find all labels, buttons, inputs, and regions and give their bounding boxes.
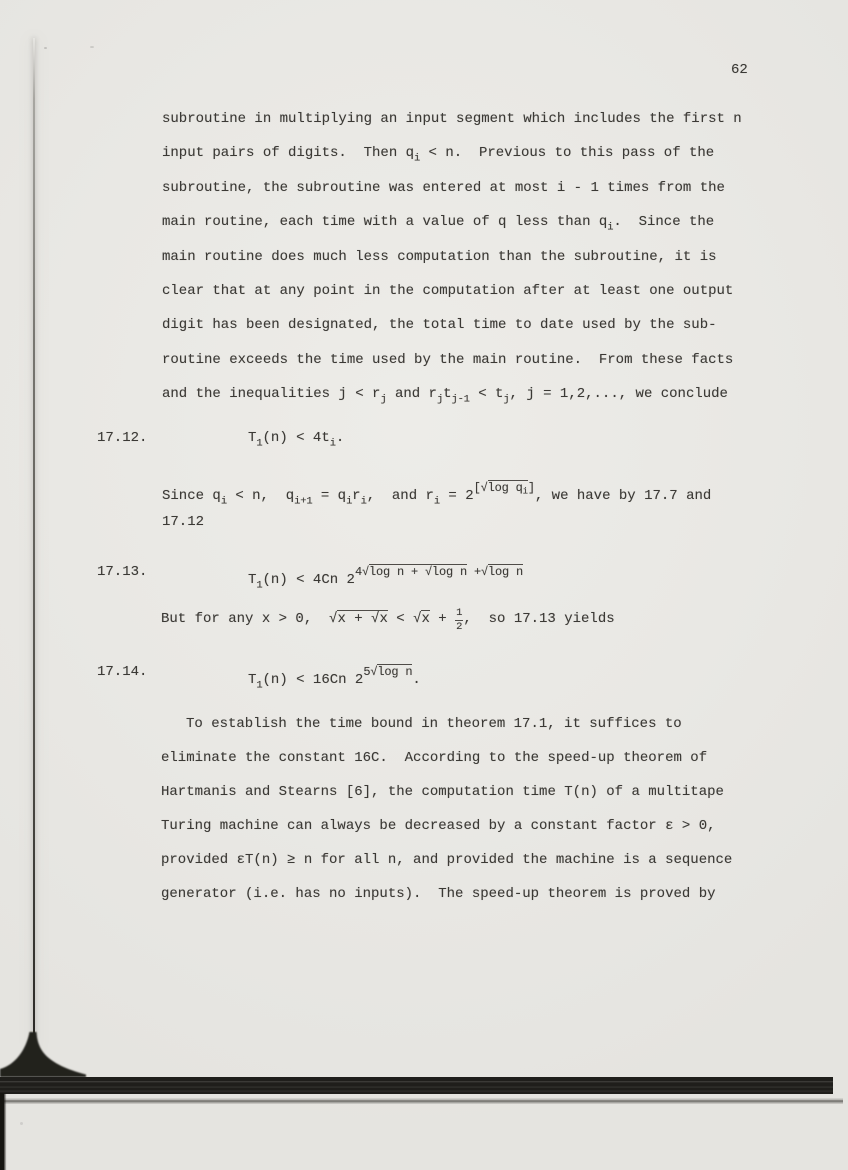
text-line: subroutine in multiplying an input segme…: [162, 109, 742, 129]
text-line: main routine, each time with a value of …: [162, 212, 714, 238]
scan-left-strip: [0, 1093, 5, 1170]
scan-funnel: [0, 1032, 86, 1077]
text-line: 17.12.: [97, 428, 147, 448]
text-line: Since qi < n, qi+1 = qiri, and ri = 2[√l…: [162, 478, 711, 512]
text-line: T1(n) < 16Cn 25√log n.: [248, 662, 421, 696]
scan-speck: [44, 47, 47, 49]
text-line: 17.13.: [97, 562, 147, 582]
text-line: clear that at any point in the computati…: [162, 281, 733, 301]
text-line: 17.14.: [97, 662, 147, 682]
scan-artifact-bottom: [0, 1020, 848, 1170]
scan-artifact-spine-line: [33, 38, 35, 1050]
scan-rule: [0, 1099, 843, 1101]
text-line: T1(n) < 4ti.: [248, 428, 344, 454]
text-line: eliminate the constant 16C. According to…: [161, 748, 707, 768]
text-line: T1(n) < 4Cn 24√log n + √log n +√log n: [248, 562, 523, 596]
text-line: To establish the time bound in theorem 1…: [186, 714, 682, 734]
text-line: Turing machine can always be decreased b…: [161, 816, 716, 836]
text-line: subroutine, the subroutine was entered a…: [162, 178, 725, 198]
text-line: 17.12: [162, 512, 204, 532]
text-line: input pairs of digits. Then qi < n. Prev…: [162, 143, 714, 169]
page-number: 62: [731, 60, 748, 80]
text-line: main routine does much less computation …: [162, 247, 717, 267]
text-line: routine exceeds the time used by the mai…: [162, 350, 733, 370]
text-line: and the inequalities j < rj and rjtj-1 <…: [162, 384, 728, 410]
text-line: digit has been designated, the total tim…: [162, 315, 717, 335]
scan-speck: [90, 46, 94, 48]
text-line: But for any x > 0, √x + √x < √x + 12, so…: [161, 608, 615, 633]
text-line: Hartmanis and Stearns [6], the computati…: [161, 782, 724, 802]
text-line: generator (i.e. has no inputs). The spee…: [161, 884, 716, 904]
text-line: provided εT(n) ≥ n for all n, and provid…: [161, 850, 732, 870]
scanned-page: 62 subroutine in multiplying an input se…: [0, 0, 848, 1170]
